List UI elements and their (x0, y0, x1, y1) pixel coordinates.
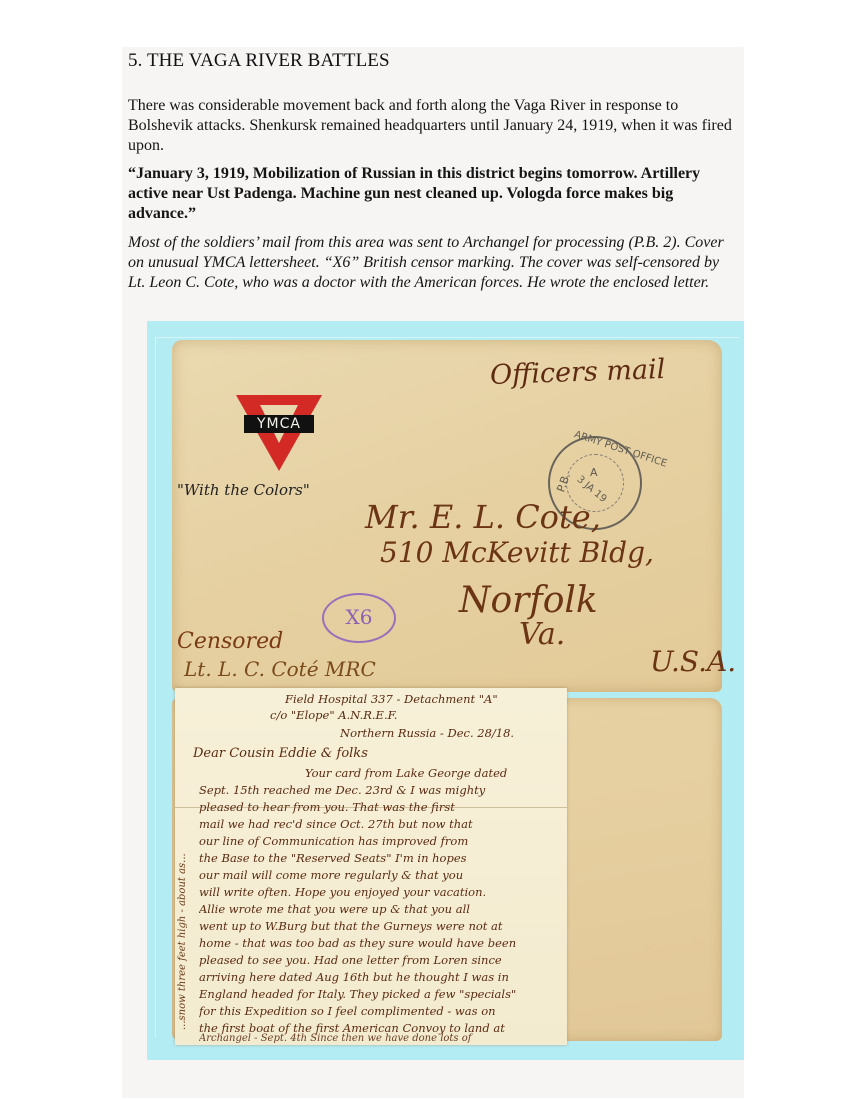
ymca-label: YMCA (244, 415, 314, 433)
quote-paragraph: “January 3, 1919, Mobilization of Russia… (128, 164, 740, 224)
address-line-4: Va. (519, 617, 565, 652)
address-line-5: U.S.A. (650, 645, 736, 678)
enclosed-letter: Field Hospital 337 - Detachment "A" c/o … (175, 688, 567, 1045)
description-paragraph: Most of the soldiers’ mail from this are… (128, 233, 740, 293)
letter-margin-note: ...snow three feet high - about as... (177, 853, 188, 1030)
ymca-logo: YMCA (234, 393, 324, 473)
letter-body-line: our line of Communication has improved f… (199, 834, 563, 848)
album-page: 5. THE VAGA RIVER BATTLES There was cons… (122, 47, 744, 1098)
letter-body-line: England headed for Italy. They picked a … (199, 987, 563, 1001)
blue-mount: Officers mail YMCA "With the Colors" ARM… (147, 321, 744, 1060)
letter-body-line: arriving here dated Aug 16th but he thou… (199, 970, 563, 984)
letter-heading-3: Northern Russia - Dec. 28/18. (340, 726, 704, 740)
letter-body-line: went up to W.Burg but that the Gurneys w… (199, 919, 563, 933)
letter-body-line: for this Expedition so I feel compliment… (199, 1004, 563, 1018)
sleeve-edge (155, 337, 156, 1037)
letter-body-line: Sept. 15th reached me Dec. 23rd & I was … (199, 783, 563, 797)
letter-body-line: Your card from Lake George dated (305, 766, 669, 780)
letter-heading-2: c/o "Elope" A.N.R.E.F. (270, 708, 634, 722)
address-line-1: Mr. E. L. Cote, (365, 498, 601, 536)
letter-body-line: the Base to the "Reserved Seats" I'm in … (199, 851, 563, 865)
ymca-triangle-icon (234, 393, 324, 473)
page-title: 5. THE VAGA RIVER BATTLES (128, 50, 390, 72)
officers-mail-endorsement: Officers mail (490, 354, 666, 391)
letter-body-line: pleased to hear from you. That was the f… (199, 800, 563, 814)
letter-heading-1: Field Hospital 337 - Detachment "A" (285, 692, 649, 706)
letter-body-line: will write often. Hope you enjoyed your … (199, 885, 563, 899)
address-line-2: 510 McKevitt Bldg, (380, 536, 654, 569)
letter-body-line: Allie wrote me that you were up & that y… (199, 902, 563, 916)
x6-censor-mark: X6 (322, 593, 396, 643)
letter-salutation: Dear Cousin Eddie & folks (193, 746, 557, 761)
postmark-letter: A (590, 466, 598, 479)
address-line-3: Norfolk (459, 580, 598, 621)
letter-body-line: mail we had rec'd since Oct. 27th but no… (199, 817, 563, 831)
letter-body-line: our mail will come more regularly & that… (199, 868, 563, 882)
letter-body-line: pleased to see you. Had one letter from … (199, 953, 563, 967)
sleeve-edge (155, 337, 740, 338)
censored-label: Censored (177, 629, 283, 654)
letter-body-line: home - that was too bad as they sure wou… (199, 936, 563, 950)
slogan: "With the Colors" (177, 481, 310, 499)
letter-body-line: Archangel - Sept. 4th Since then we have… (199, 1033, 563, 1044)
intro-paragraph: There was considerable movement back and… (128, 96, 740, 156)
censor-signature: Lt. L. C. Coté MRC (184, 657, 376, 681)
envelope-cover: Officers mail YMCA "With the Colors" ARM… (172, 340, 722, 692)
